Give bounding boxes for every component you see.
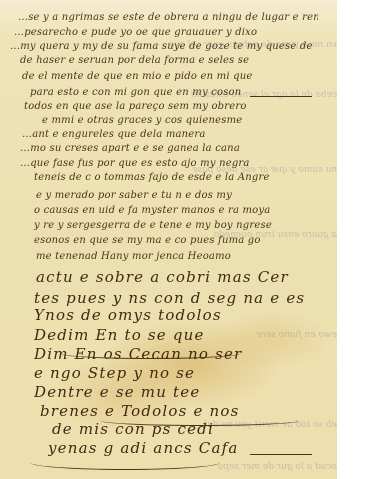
manuscript-line: e mmi e otras graces y cos quienesme — [42, 115, 314, 126]
manuscript-line: todos en que ase la pareço sem my obrero — [24, 101, 316, 112]
manuscript-line: teneis de c o tommas fajo de esde e la A… — [34, 172, 316, 183]
manuscript-line: …pesarecho e pude yo oe que grauauer y d… — [14, 27, 314, 38]
manuscript-line: y re y sergesgerra de e tene e my boy ng… — [34, 220, 318, 231]
manuscript-line: de haser e seruan por dela forma e seles… — [20, 55, 315, 66]
manuscript-line: de el mente de que en mio e pido en mi q… — [22, 71, 314, 82]
manuscript-line: esonos en que se my ma e co pues fuma go — [34, 235, 322, 246]
underline-stroke — [250, 94, 312, 97]
manuscript-line: me tenenad Hany mor jenca Heoamo — [36, 251, 326, 262]
manuscript-line: Ynos de omys todolos — [34, 306, 324, 324]
manuscript-line: …ant e engureles que dela manera — [22, 129, 312, 140]
manuscript-page: vn nosa ysmo de pabras guar sel ave ceba… — [0, 0, 337, 479]
manuscript-line: …que fase fus por que es esto ajo my neg… — [20, 158, 316, 169]
manuscript-line: tes pues y ns con d seg na e es — [34, 289, 324, 307]
manuscript-line: actu e sobre a cobri mas Cer — [36, 268, 326, 286]
manuscript-line: …my quera y my de su fama suye de goze t… — [10, 41, 316, 52]
manuscript-line: Dentre e se mu tee — [34, 383, 324, 401]
manuscript-line: Dedim En to se que — [34, 326, 324, 344]
manuscript-line: o causas en uid e fa myster manos e ra m… — [34, 205, 316, 216]
pen-flourish — [60, 348, 240, 359]
manuscript-line: e ngo Step y no se — [34, 364, 324, 382]
manuscript-line: …se y a ngrimas se este de obrera a ning… — [18, 12, 318, 23]
pen-flourish — [100, 415, 300, 426]
manuscript-line: e y merado por saber e tu n e dos my — [36, 190, 316, 201]
pen-flourish — [30, 455, 220, 470]
underline-stroke — [250, 452, 312, 455]
manuscript-line: …mo su creses apart e e se ganea la cana — [20, 143, 320, 154]
